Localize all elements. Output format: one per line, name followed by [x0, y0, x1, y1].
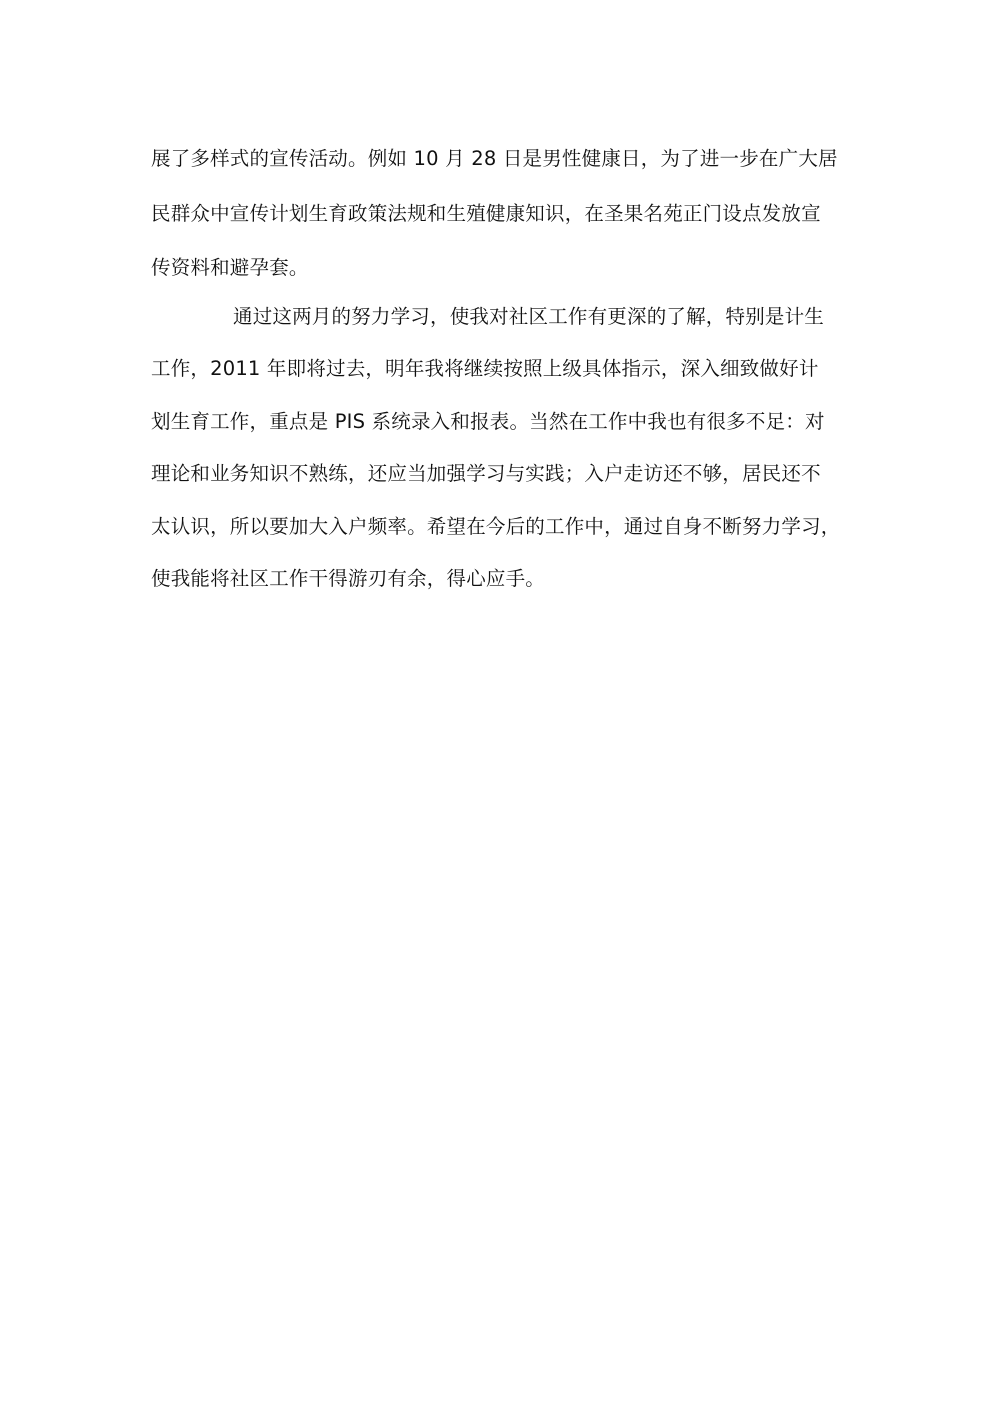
paragraph-2-line-6: 使我能将社区工作干得游刃有余，得心应手。	[151, 566, 861, 592]
paragraph-2-line-4: 理论和业务知识不熟练，还应当加强学习与实践；入户走访还不够，居民还不	[151, 461, 861, 487]
paragraph-2-line-3: 划生育工作，重点是 PIS 系统录入和报表。当然在工作中我也有很多不足：对	[151, 409, 861, 435]
paragraph-2-line-2: 工作，2011 年即将过去，明年我将继续按照上级具体指示，深入细致做好计	[151, 356, 861, 382]
paragraph-2-line-5: 太认识，所以要加大入户频率。希望在今后的工作中，通过自身不断努力学习，	[151, 514, 861, 540]
paragraph-1-line-2: 民群众中宣传计划生育政策法规和生殖健康知识，在圣果名苑正门设点发放宣	[151, 201, 861, 227]
paragraph-1-line-3: 传资料和避孕套。	[151, 255, 861, 281]
paragraph-2-line-1: 通过这两月的努力学习，使我对社区工作有更深的了解，特别是计生	[233, 304, 943, 330]
paragraph-1-line-1: 展了多样式的宣传活动。例如 10 月 28 日是男性健康日，为了进一步在广大居	[151, 146, 861, 172]
document-page: 展了多样式的宣传活动。例如 10 月 28 日是男性健康日，为了进一步在广大居 …	[0, 0, 1000, 1415]
